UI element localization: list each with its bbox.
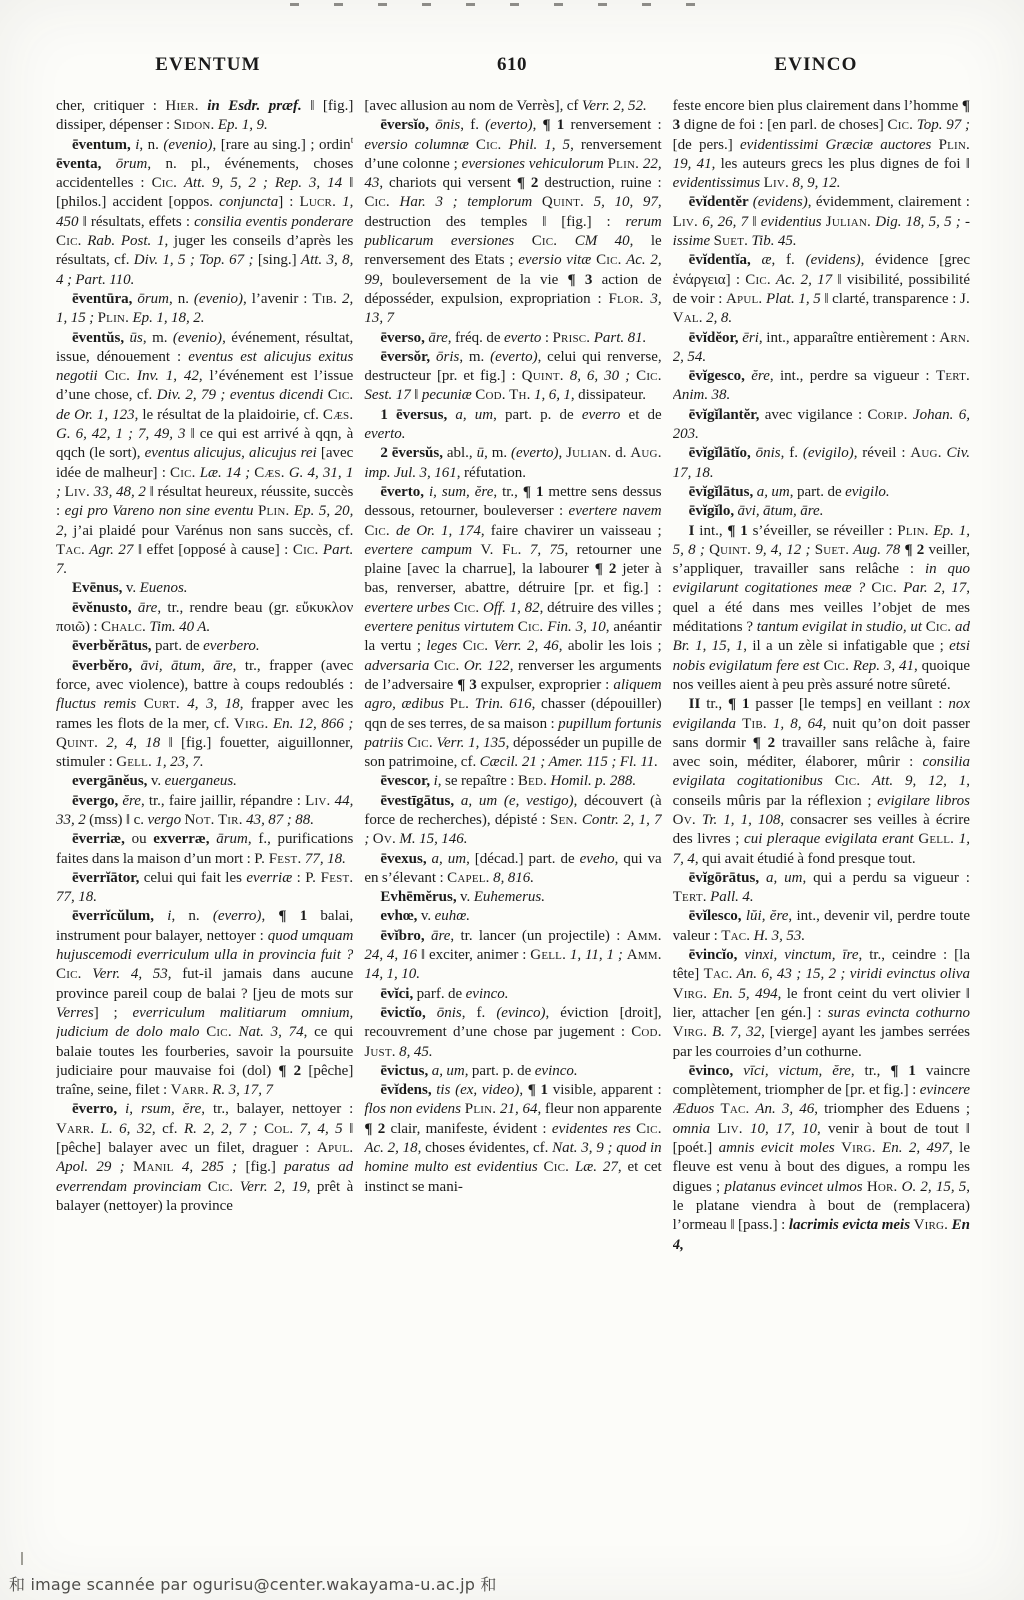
dictionary-paragraph: ēversŏr, ōris, m. (everto), celui qui re… [364, 348, 661, 406]
dictionary-paragraph: ēverbĕro, āvi, ātum, āre, tr., frapper (… [56, 657, 353, 773]
column-1: cher, critiquer : Hier. in Esdr. præf. ‖… [56, 97, 353, 1550]
dictionary-paragraph: 1 ēversus, a, um, part. p. de everro et … [364, 406, 661, 445]
dictionary-page: EVENTUM 610 EVINCO cher, critiquer : Hie… [0, 0, 1024, 1600]
dictionary-paragraph: ēvergo, ĕre, tr., faire jaillir, répandr… [56, 792, 353, 831]
dictionary-paragraph: ēverto, i, sum, ĕre, tr., ¶ 1 mettre sen… [364, 483, 661, 772]
dictionary-paragraph: Evēnus, v. Euenos. [56, 579, 353, 598]
dictionary-paragraph: cher, critiquer : Hier. in Esdr. præf. ‖… [56, 97, 353, 136]
guide-word-right: EVINCO [664, 54, 968, 76]
dictionary-paragraph: ēvictĭo, ōnis, f. (evinco), éviction [dr… [364, 1004, 661, 1062]
dictionary-paragraph: feste encore bien plus clairement dans l… [673, 97, 970, 193]
dictionary-paragraph: ēvĭgĭlantĕr, avec vigilance : Corip. Joh… [673, 406, 970, 445]
dictionary-paragraph: ēvictus, a, um, part. p. de evinco. [364, 1062, 661, 1081]
scanner-watermark: 和 image scannée par ogurisu@center.wakay… [9, 1572, 497, 1595]
guide-word-left: EVENTUM [56, 54, 360, 76]
page-number: 610 [360, 54, 664, 76]
dictionary-paragraph: [avec allusion au nom de Verrès], cf Ver… [364, 97, 661, 116]
dictionary-paragraph: ēvĭci, parf. de evinco. [364, 985, 661, 1004]
dictionary-paragraph: evergānĕus, v. euerganeus. [56, 772, 353, 791]
dictionary-paragraph: ēvĭgĭlātĭo, ōnis, f. (evigilo), réveil :… [673, 444, 970, 483]
column-3: feste encore bien plus clairement dans l… [673, 97, 970, 1550]
dictionary-paragraph: ēventŭs, ūs, m. (evenio), événement, rés… [56, 329, 353, 580]
text-columns: cher, critiquer : Hier. in Esdr. præf. ‖… [56, 97, 970, 1550]
scan-artifact-dashes [290, 3, 720, 6]
dictionary-paragraph: Evhēmĕrus, v. Euhemerus. [364, 888, 661, 907]
dictionary-paragraph: ēventūra, ōrum, n. (evenio), l’avenir : … [56, 290, 353, 329]
dictionary-paragraph: ēvĭdentĕr (evidens), évidemment, clairem… [673, 193, 970, 251]
dictionary-paragraph: ēverbĕrātus, part. de everbero. [56, 637, 353, 656]
dictionary-paragraph: ēverrĭātor, celui qui fait les everriæ :… [56, 869, 353, 908]
dictionary-paragraph: ēvincĭo, vinxi, vinctum, īre, tr., ceind… [673, 946, 970, 1062]
dictionary-paragraph: ēvĭgōrātus, a, um, qui a perdu sa vigueu… [673, 869, 970, 908]
dictionary-paragraph: ēvĭgĭlātus, a, um, part. de evigilo. [673, 483, 970, 502]
dictionary-paragraph: ēvĭdens, tis (ex, video), ¶ 1 visible, a… [364, 1081, 661, 1197]
column-2: [avec allusion au nom de Verrès], cf Ver… [364, 97, 661, 1550]
dictionary-paragraph: ēvexus, a, um, [décad.] part. de eveho, … [364, 850, 661, 889]
dictionary-paragraph: ēverro, i, rsum, ĕre, tr., balayer, nett… [56, 1100, 353, 1216]
dictionary-paragraph: ēversĭo, ōnis, f. (everto), ¶ 1 renverse… [364, 116, 661, 328]
dictionary-paragraph: ēvinco, vīci, victum, ĕre, tr., ¶ 1 vain… [673, 1062, 970, 1255]
dictionary-paragraph: ēverriæ, ou exverræ, ārum, f., purificat… [56, 830, 353, 869]
dictionary-paragraph: ēvĭdentĭa, æ, f. (evidens), évidence [gr… [673, 251, 970, 328]
dictionary-paragraph: ēventum, i, n. (evenio), [rare au sing.]… [56, 136, 353, 290]
dictionary-paragraph: ēverso, āre, fréq. de everto : Prisc. Pa… [364, 329, 661, 348]
dictionary-paragraph: ēvĭdĕor, ēri, int., apparaître entièreme… [673, 329, 970, 368]
scan-artifact-tick [21, 1552, 23, 1565]
dictionary-paragraph: ēvĭbro, āre, tr. lancer (un projectile) … [364, 927, 661, 985]
dictionary-paragraph: ēverrĭcŭlum, i, n. (everro), ¶ 1 balai, … [56, 907, 353, 1100]
dictionary-paragraph: 2 ēversŭs, abl., ū, m. (everto), Julian.… [364, 444, 661, 483]
dictionary-paragraph: ēvĭgĭlo, āvi, ātum, āre. [673, 502, 970, 521]
dictionary-paragraph: ēvestīgātus, a, um (e, vestigo), découve… [364, 792, 661, 850]
dictionary-paragraph: ēvĭgesco, ĕre, int., perdre sa vigueur :… [673, 367, 970, 406]
dictionary-paragraph: I int., ¶ 1 s’éveiller, se réveiller : P… [673, 522, 970, 696]
dictionary-paragraph: ēvĭlesco, lŭi, ĕre, int., devenir vil, p… [673, 907, 970, 946]
dictionary-paragraph: II tr., ¶ 1 passer [le temps] en veillan… [673, 695, 970, 869]
page-header: EVENTUM 610 EVINCO [56, 54, 968, 76]
dictionary-paragraph: ēvescor, i, se repaître : Bed. Homil. p.… [364, 772, 661, 791]
dictionary-paragraph: evhœ, v. euhœ. [364, 907, 661, 926]
dictionary-paragraph: ēvĕnusto, āre, tr., rendre beau (gr. εὔκ… [56, 599, 353, 638]
